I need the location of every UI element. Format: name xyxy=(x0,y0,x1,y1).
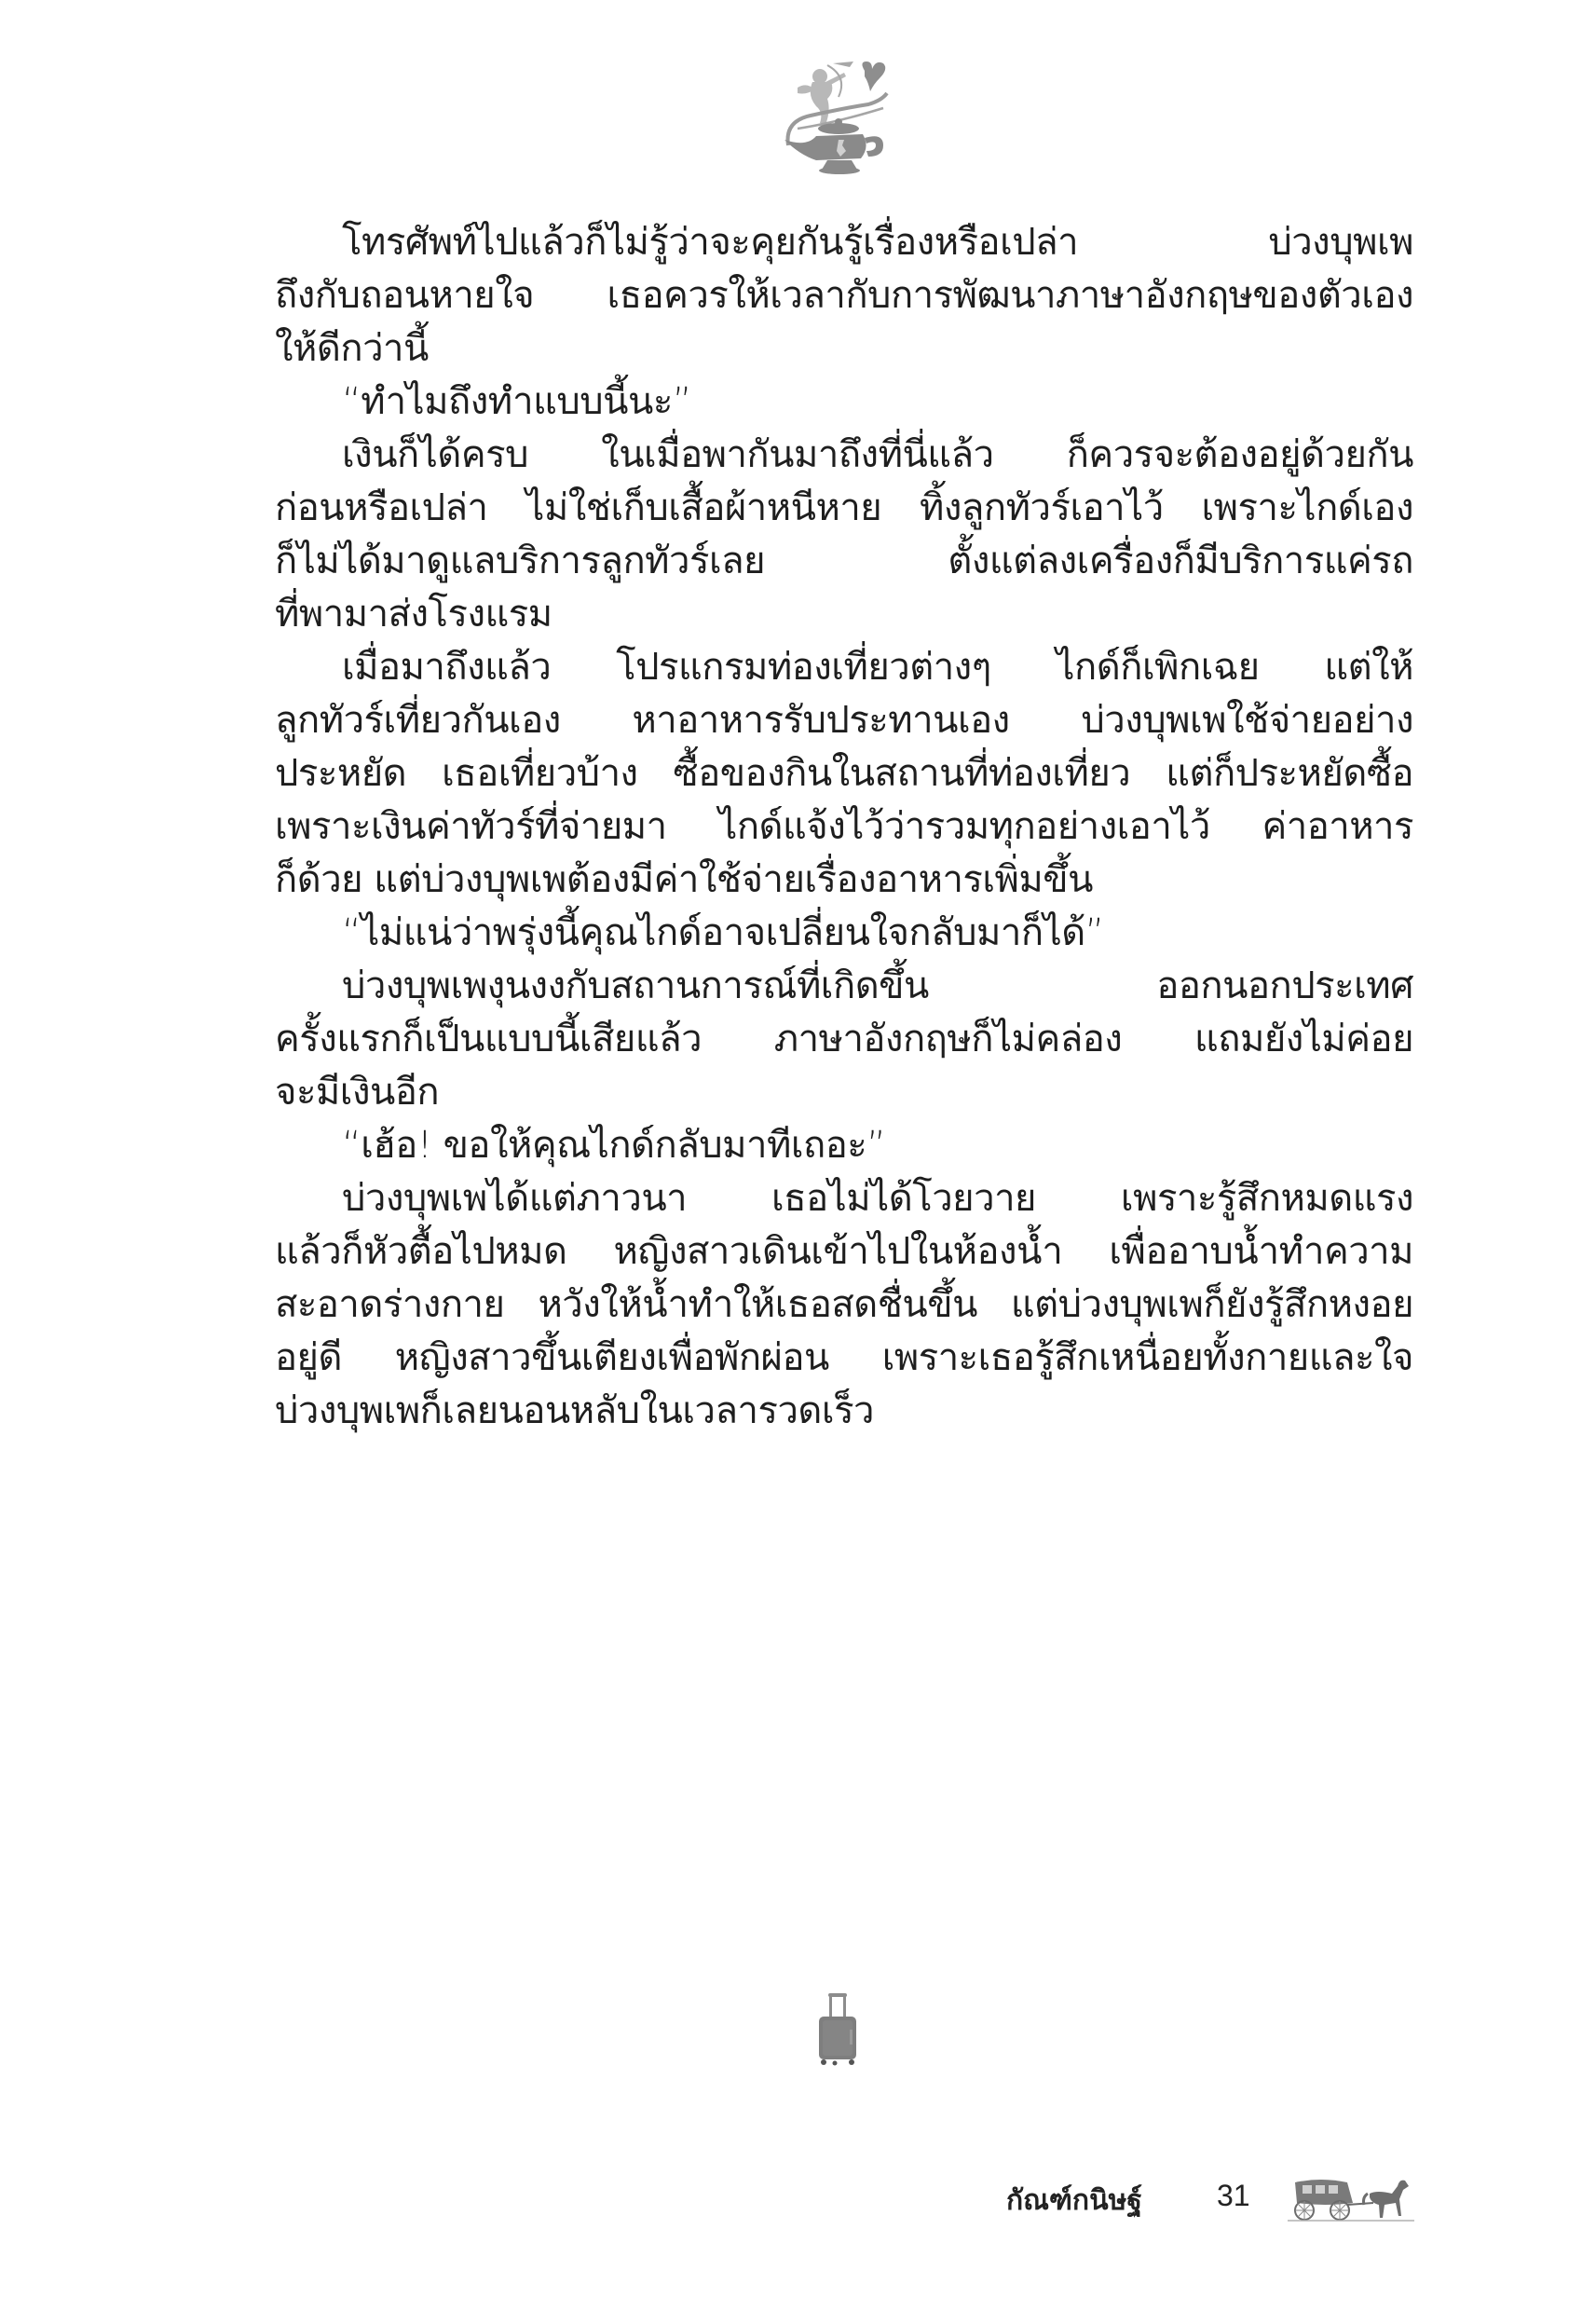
text-line: ให้ดีกว่านี้ xyxy=(275,322,1413,376)
text-line: บ่วงบุพเพก็เลยนอนหลับในเวลารวดเร็ว xyxy=(275,1385,1413,1438)
horse-carriage-icon xyxy=(1288,2177,1416,2223)
text-line: โทรศัพท์ไปแล้วก็ไม่รู้ว่าจะคุยกันรู้เรื่… xyxy=(275,216,1413,269)
text-line: ครั้งแรกก็เป็นแบบนี้เสียแล้ว ภาษาอังกฤษก… xyxy=(275,1013,1413,1066)
dialogue-line: “เฮ้อ! ขอให้คุณไกด์กลับมาทีเถอะ” xyxy=(275,1119,1413,1172)
text-line: ก่อนหรือเปล่า ไม่ใช่เก็บเสื้อผ้าหนีหาย ท… xyxy=(275,482,1413,535)
text-line: เพราะเงินค่าทัวร์ที่จ่ายมา ไกด์แจ้งไว้ว่… xyxy=(275,800,1413,854)
text-line: ที่พามาส่งโรงแรม xyxy=(275,588,1413,641)
page-number: 31 xyxy=(1217,2179,1250,2213)
text-line: ประหยัด เธอเที่ยวบ้าง ซื้อของกินในสถานที… xyxy=(275,747,1413,800)
author-name: กัณฑ์กนิษฐ์ xyxy=(1006,2179,1142,2222)
dialogue-line: “ทำไมถึงทำแบบนี้นะ” xyxy=(275,376,1413,429)
text-line: ก็ด้วย แต่บ่วงบุพเพต้องมีค่าใช้จ่ายเรื่อ… xyxy=(275,854,1413,907)
body-text: โทรศัพท์ไปแล้วก็ไม่รู้ว่าจะคุยกันรู้เรื่… xyxy=(275,216,1413,1438)
text-line: เมื่อมาถึงแล้ว โปรแกรมท่องเที่ยวต่างๆ ไก… xyxy=(275,641,1413,694)
book-page: โทรศัพท์ไปแล้วก็ไม่รู้ว่าจะคุยกันรู้เรื่… xyxy=(0,0,1596,2311)
dialogue-line: “ไม่แน่ว่าพรุ่งนี้คุณไกด์อาจเปลี่ยนใจกลั… xyxy=(275,907,1413,960)
text-line: บ่วงบุพเพได้แต่ภาวนา เธอไม่ได้โวยวาย เพร… xyxy=(275,1172,1413,1225)
text-line: ถึงกับถอนหายใจ เธอควรให้เวลากับการพัฒนาภ… xyxy=(275,269,1413,322)
text-line: สะอาดร่างกาย หวังให้น้ำทำให้เธอสดชื่นขึ้… xyxy=(275,1279,1413,1332)
lamp-cupid-heart-icon xyxy=(779,54,898,177)
text-line: แล้วก็หัวตื้อไปหมด หญิงสาวเดินเข้าไปในห้… xyxy=(275,1225,1413,1279)
text-line: จะมีเงินอีก xyxy=(275,1066,1413,1119)
text-line: อยู่ดี หญิงสาวขึ้นเตียงเพื่อพักผ่อน เพรา… xyxy=(275,1332,1413,1385)
text-line: ก็ไม่ได้มาดูแลบริการลูกทัวร์เลย ตั้งแต่ล… xyxy=(275,535,1413,588)
text-line: ลูกทัวร์เที่ยวกันเอง หาอาหารรับประทานเอง… xyxy=(275,694,1413,747)
text-line: บ่วงบุพเพงุนงงกับสถานการณ์ที่เกิดขึ้น ออ… xyxy=(275,960,1413,1013)
suitcase-icon xyxy=(816,1992,859,2067)
text-line: เงินก็ได้ครบ ในเมื่อพากันมาถึงที่นี่แล้ว… xyxy=(275,429,1413,482)
